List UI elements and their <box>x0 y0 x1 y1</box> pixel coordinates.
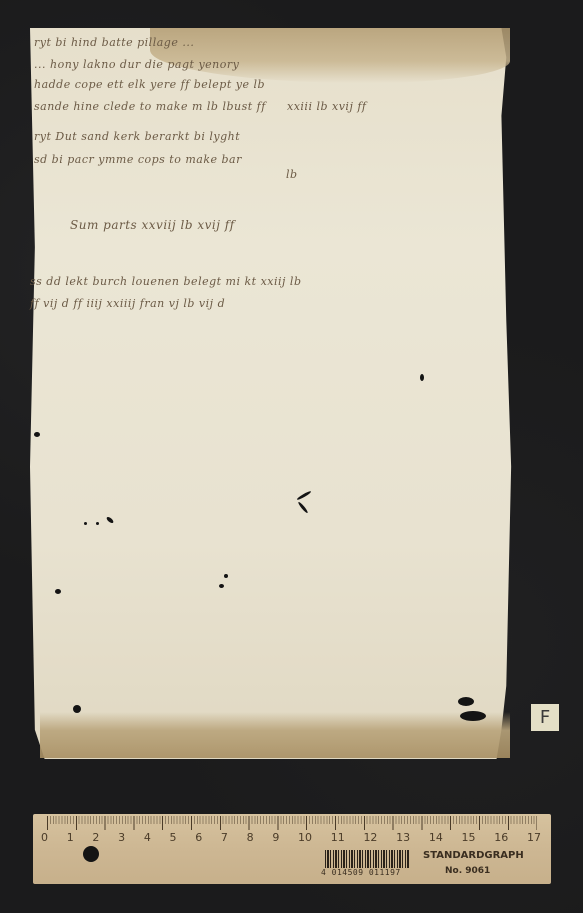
ruler-number: 4 <box>144 831 151 844</box>
ruler: 0 1 2 3 4 5 6 7 8 9 10 11 12 13 14 15 16… <box>33 814 551 884</box>
ruler-number: 5 <box>170 831 177 844</box>
ruler-number: 17 <box>527 831 541 844</box>
worm-hole <box>73 705 81 713</box>
manuscript-line: ... hony lakno dur die pagt yenory <box>34 58 239 71</box>
ruler-number: 6 <box>195 831 202 844</box>
worm-hole <box>420 374 424 381</box>
ruler-number: 16 <box>494 831 508 844</box>
ruler-number: 12 <box>363 831 377 844</box>
manuscript-line: ss dd lekt burch louenen belegt mi kt xx… <box>30 275 302 288</box>
manuscript-line: sande hine clede to make m lb lbust ff <box>34 100 266 113</box>
worm-hole <box>219 584 224 588</box>
ruler-number: 3 <box>118 831 125 844</box>
ruler-major-ticks <box>47 816 537 830</box>
ruler-number: 7 <box>221 831 228 844</box>
ruler-number: 1 <box>67 831 74 844</box>
folio-label: F <box>531 704 559 731</box>
worm-hole <box>224 574 228 578</box>
manuscript-line: ryt bi hind batte pillage ... <box>34 36 194 49</box>
worm-hole <box>34 432 40 437</box>
manuscript-line: ff vij d ff iiij xxiiij fran vj lb vij d <box>30 297 225 310</box>
manuscript-line: ryt Dut sand kerk berarkt bi lyght <box>34 130 240 143</box>
manuscript-line: xxiii lb xvij ff <box>287 100 367 113</box>
water-stain-bottom <box>40 712 510 758</box>
worm-hole <box>458 697 474 706</box>
ruler-number: 0 <box>41 831 48 844</box>
manuscript-line: Sum parts xxviij lb xvij ff <box>70 218 235 232</box>
ruler-number: 8 <box>247 831 254 844</box>
manuscript-line: hadde cope ett elk yere ff belept ye lb <box>34 78 265 91</box>
worm-hole <box>84 522 87 525</box>
ruler-numbers: 0 1 2 3 4 5 6 7 8 9 10 11 12 13 14 15 16… <box>41 831 541 844</box>
barcode <box>325 850 409 868</box>
ruler-number: 13 <box>396 831 410 844</box>
ruler-model: No. 9061 <box>445 866 490 876</box>
ruler-number: 14 <box>429 831 443 844</box>
worm-hole <box>55 589 61 594</box>
ruler-hanging-hole <box>83 846 99 862</box>
manuscript-line: lb <box>286 168 298 181</box>
worm-hole <box>460 711 486 721</box>
ruler-number: 15 <box>462 831 476 844</box>
barcode-number: 4 014509 011197 <box>321 868 401 877</box>
ruler-number: 10 <box>298 831 312 844</box>
ruler-brand: STANDARDGRAPH <box>423 850 524 861</box>
ruler-number: 9 <box>272 831 279 844</box>
worm-hole <box>96 522 99 525</box>
ruler-number: 11 <box>331 831 345 844</box>
manuscript-line: sd bi pacr ymme cops to make bar <box>34 153 242 166</box>
ruler-number: 2 <box>92 831 99 844</box>
